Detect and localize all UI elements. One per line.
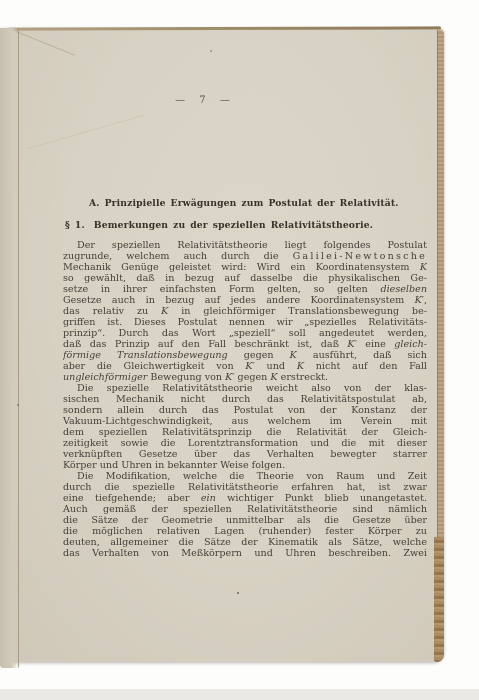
text-segment: K′ — [245, 361, 254, 372]
text-segment: durch die spezielle Relativitätstheorie … — [63, 482, 427, 493]
text-segment: Galilei-Newtonsche — [293, 251, 427, 262]
text-segment: ausführt, daß sich — [297, 350, 427, 361]
text-segment: das relativ zu — [63, 306, 161, 317]
text-segment: Gesetze auch in bezug auf jedes andere K… — [63, 295, 415, 306]
text-line: Der speziellen Relativitätstheorie liegt… — [63, 240, 427, 251]
text-line: die möglichen relativen Lagen (ruhender)… — [63, 526, 427, 537]
text-segment: dem speziellen Relativitätsprinzip die R… — [63, 427, 427, 438]
text-segment: und — [255, 361, 297, 372]
text-segment: sondern allein durch das Postulat von de… — [63, 405, 427, 416]
text-line: das relativ zu K in gleichförmiger Trans… — [63, 306, 427, 317]
text-segment: sischen Mechanik nicht durch das Relativ… — [63, 394, 427, 405]
text-segment: gegen — [235, 372, 271, 383]
text-line: Vakuum-Lichtgeschwindigkeit, aus welchem… — [63, 416, 427, 427]
text-segment: , — [424, 295, 427, 306]
text-segment: eine — [357, 339, 394, 350]
text-segment: dieselben — [380, 284, 427, 295]
text-line: förmige Translationsbewegung gegen K aus… — [63, 350, 427, 361]
text-segment: eine tiefgehende; aber — [63, 493, 201, 504]
body-text: Der speziellen Relativitätstheorie liegt… — [63, 240, 427, 559]
text-line: setze in ihrer einfachsten Form gelten, … — [63, 284, 427, 295]
text-segment: K — [420, 262, 427, 273]
text-line: zeitigkeit sowie die Lorentztransformati… — [63, 438, 427, 449]
text-segment: das Verhalten von Meßkörpern und Uhren b… — [63, 548, 427, 559]
text-segment: gegen — [228, 350, 290, 361]
text-segment: ungleichförmiger — [63, 372, 147, 383]
text-line: deuten, allgemeiner die Sätze der Kinema… — [63, 537, 427, 548]
text-line: Körper und Uhren in bekannter Weise folg… — [63, 460, 427, 471]
text-segment: förmige Translationsbewegung — [63, 350, 228, 361]
text-segment: zugrunde, welchem auch durch die — [63, 251, 293, 262]
text-segment: Der speziellen Relativitätstheorie liegt… — [77, 240, 427, 251]
binding-gutter — [0, 28, 19, 668]
text-segment: Körper und Uhren in bekannter Weise folg… — [63, 460, 285, 471]
text-segment: wichtiger Punkt blieb unangetastet. — [216, 493, 427, 504]
text-segment: Auch gemäß der speziellen Relativitätsth… — [63, 504, 427, 515]
section-heading: A. Prinzipielle Erwägungen zum Postulat … — [89, 198, 399, 209]
text-segment: nicht auf den Fall — [304, 361, 427, 372]
subsection-label: § 1. — [65, 220, 85, 231]
book-photo: — 7 — A. Prinzipielle Erwägungen zum Pos… — [0, 0, 479, 700]
text-line: eine tiefgehende; aber ein wichtiger Pun… — [63, 493, 427, 504]
text-segment: K′ — [347, 339, 356, 350]
text-line: Auch gemäß der speziellen Relativitätsth… — [63, 504, 427, 515]
text-segment: K′ — [225, 372, 234, 383]
text-line: ungleichförmiger Bewegung von K′ gegen K… — [63, 372, 427, 383]
book-page: — 7 — A. Prinzipielle Erwägungen zum Pos… — [0, 28, 444, 662]
text-line: die Sätze der Geometrie unmittelbar als … — [63, 515, 427, 526]
text-line: sondern allein durch das Postulat von de… — [63, 405, 427, 416]
text-segment: aber die Gleichwertigkeit von — [63, 361, 245, 372]
text-segment: gleich- — [394, 339, 427, 350]
text-line: durch die spezielle Relativitätstheorie … — [63, 482, 427, 493]
text-line: zugrunde, welchem auch durch die Galilei… — [63, 251, 427, 262]
text-segment: K — [270, 372, 277, 383]
text-segment: in gleichförmiger Translationsbewegung b… — [168, 306, 427, 317]
text-line: verknüpften Gesetze über das Verhalten b… — [63, 449, 427, 460]
fore-edge-lower — [434, 537, 444, 662]
text-segment: ein — [201, 493, 216, 504]
text-line: Mechanik Genüge geleistet wird: Wird ein… — [63, 262, 427, 273]
text-segment: zeitigkeit sowie die Lorentztransformati… — [63, 438, 427, 449]
text-line: prinzip“. Durch das Wort „speziell“ soll… — [63, 328, 427, 339]
text-segment: so gewählt, daß in bezug auf dasselbe di… — [63, 273, 427, 284]
text-line: aber die Gleichwertigkeit von K′ und K n… — [63, 361, 427, 372]
text-line: Die Modifikation, welche die Theorie von… — [63, 471, 427, 482]
text-segment: Bewegung von — [147, 372, 225, 383]
subsection-title: Bemerkungen zu der speziellen Relativitä… — [94, 220, 373, 231]
text-segment: deuten, allgemeiner die Sätze der Kinema… — [63, 537, 427, 548]
text-segment: daß das Prinzip auf den Fall beschränkt … — [63, 339, 347, 350]
text-line: sischen Mechanik nicht durch das Relativ… — [63, 394, 427, 405]
text-segment: die möglichen relativen Lagen (ruhender)… — [63, 526, 427, 537]
text-segment: K — [290, 350, 297, 361]
text-line: so gewählt, daß in bezug auf dasselbe di… — [63, 273, 427, 284]
text-segment: Mechanik Genüge geleistet wird: Wird ein… — [63, 262, 420, 273]
text-line: Die spezielle Relativitätstheorie weicht… — [63, 383, 427, 394]
text-line: griffen ist. Dieses Postulat nennen wir … — [63, 317, 427, 328]
text-line: Gesetze auch in bezug auf jedes andere K… — [63, 295, 427, 306]
table-edge-band — [0, 689, 479, 700]
text-line: daß das Prinzip auf den Fall beschränkt … — [63, 339, 427, 350]
text-segment: griffen ist. Dieses Postulat nennen wir … — [63, 317, 427, 328]
text-segment: Die spezielle Relativitätstheorie weicht… — [77, 383, 427, 394]
subsection-heading: § 1.Bemerkungen zu der speziellen Relati… — [65, 220, 373, 231]
text-segment: Die Modifikation, welche die Theorie von… — [77, 471, 427, 482]
page-number: — 7 — — [63, 95, 343, 106]
text-line: das Verhalten von Meßkörpern und Uhren b… — [63, 548, 427, 559]
text-segment: K — [297, 361, 304, 372]
text-segment: K′ — [415, 295, 424, 306]
text-segment: verknüpften Gesetze über das Verhalten b… — [63, 449, 427, 460]
text-segment: die Sätze der Geometrie unmittelbar als … — [63, 515, 427, 526]
text-line: dem speziellen Relativitätsprinzip die R… — [63, 427, 427, 438]
page-content: — 7 — A. Prinzipielle Erwägungen zum Pos… — [63, 28, 427, 662]
text-segment: Vakuum-Lichtgeschwindigkeit, aus welchem… — [63, 416, 427, 427]
paper-speck — [17, 404, 19, 406]
text-segment: erstreckt. — [278, 372, 328, 383]
text-segment: prinzip“. Durch das Wort „speziell“ soll… — [63, 328, 427, 339]
text-segment: setze in ihrer einfachsten Form gelten, … — [63, 284, 380, 295]
